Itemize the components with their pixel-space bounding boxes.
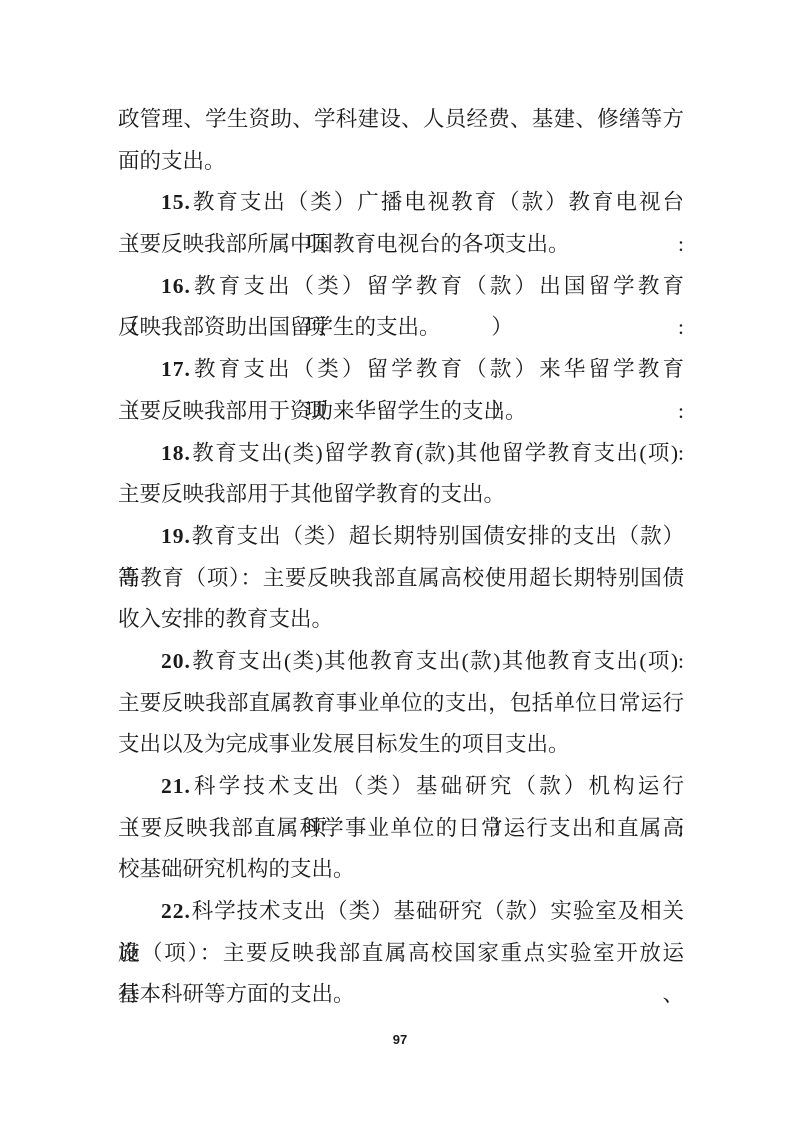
text-line: 20.教育支出(类)其他教育支出(款)其他教育支出(项): (118, 641, 684, 683)
paragraph-number: 20. (161, 649, 191, 673)
line-text: 主要反映我部所属中国教育电视台的各项支出。 (118, 232, 570, 256)
line-text: 政管理、学生资助、学科建设、人员经费、基建、修缮等方 (118, 107, 684, 131)
text-line: 支出以及为完成事业发展目标发生的项目支出。 (118, 724, 684, 766)
line-text: 基本科研等方面的支出。 (118, 982, 355, 1006)
paragraph-number: 15. (161, 190, 191, 214)
paragraph-number: 21. (161, 774, 191, 798)
paragraph-number: 22. (161, 899, 191, 923)
text-line: 收入安排的教育支出。 (118, 599, 684, 641)
line-text: 面的支出。 (118, 149, 226, 173)
text-line: 等教育（项）：主要反映我部直属高校使用超长期特别国债 (118, 558, 684, 600)
line-text: 反映我部资助出国留学生的支出。 (118, 315, 441, 339)
text-line: 17.教育支出（类）留学教育（款）来华留学教育（项）: (118, 349, 684, 391)
paragraph-number: 16. (161, 274, 191, 298)
text-line: 22.科学技术支出（类）基础研究（款）实验室及相关设 (118, 891, 684, 933)
line-text: 主要反映我部用于资助来华留学生的支出。 (118, 399, 527, 423)
text-line: 施（项）：主要反映我部直属高校国家重点实验室开放运行、 (118, 933, 684, 975)
page-number: 97 (0, 1030, 800, 1050)
document-page: 政管理、学生资助、学科建设、人员经费、基建、修缮等方 面的支出。 15.教育支出… (0, 0, 800, 1131)
line-text: 主要反映我部直属科学事业单位的日常运行支出和直属高 (118, 816, 684, 840)
line-text: 教育支出(类)留学教育(款)其他留学教育支出(项): (191, 441, 684, 465)
line-text: 收入安排的教育支出。 (118, 607, 333, 631)
text-line: 主要反映我部用于其他留学教育的支出。 (118, 474, 684, 516)
line-text: 等教育（项）：主要反映我部直属高校使用超长期特别国债 (118, 566, 684, 590)
text-line: 21.科学技术支出（类）基础研究（款）机构运行（项）: (118, 766, 684, 808)
text-line: 政管理、学生资助、学科建设、人员经费、基建、修缮等方 (118, 99, 684, 141)
text-line: 主要反映我部直属科学事业单位的日常运行支出和直属高 (118, 808, 684, 850)
paragraph-number: 18. (161, 441, 191, 465)
text-line: 19.教育支出（类）超长期特别国债安排的支出（款）高 (118, 516, 684, 558)
text-line: 校基础研究机构的支出。 (118, 849, 684, 891)
text-line: 主要反映我部直属教育事业单位的支出，包括单位日常运行 (118, 683, 684, 725)
line-text: 教育支出(类)其他教育支出(款)其他教育支出(项): (191, 649, 684, 673)
line-text: 主要反映我部用于其他留学教育的支出。 (118, 482, 505, 506)
line-text: 支出以及为完成事业发展目标发生的项目支出。 (118, 732, 570, 756)
line-text: 校基础研究机构的支出。 (118, 857, 355, 881)
text-line: 16.教育支出（类）留学教育（款）出国留学教育（项）: (118, 266, 684, 308)
paragraph-number: 19. (161, 524, 191, 548)
text-line: 15.教育支出（类）广播电视教育（款）教育电视台（项）: (118, 182, 684, 224)
paragraph-number: 17. (161, 357, 191, 381)
text-line: 面的支出。 (118, 141, 684, 183)
line-text: 主要反映我部直属教育事业单位的支出，包括单位日常运行 (118, 691, 684, 715)
document-body: 政管理、学生资助、学科建设、人员经费、基建、修缮等方 面的支出。 15.教育支出… (118, 99, 684, 1016)
text-line: 18.教育支出(类)留学教育(款)其他留学教育支出(项): (118, 433, 684, 475)
